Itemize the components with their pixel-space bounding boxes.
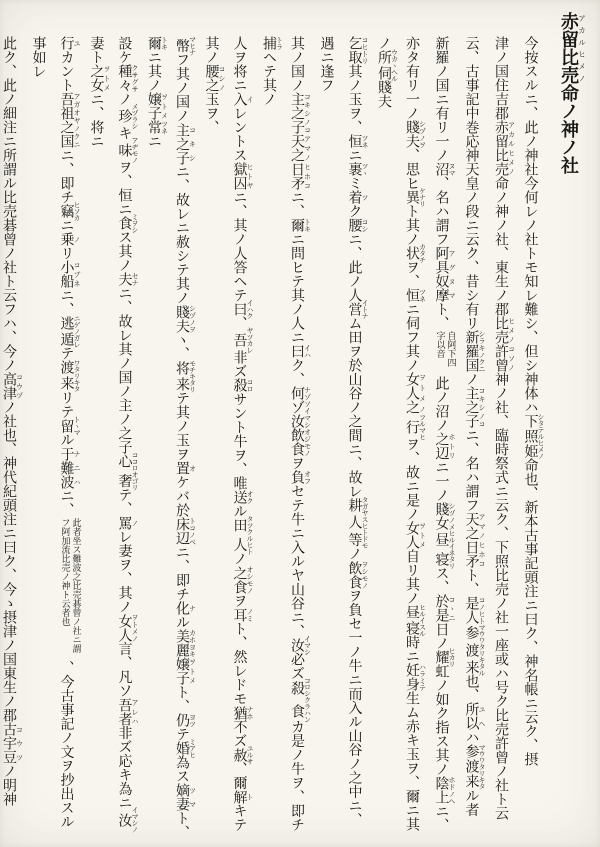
inline-annotation: 自阿下四字以音 <box>435 331 457 375</box>
document-title: 赤留比売アカルヒメノ命ノ神ノ社 <box>554 10 586 839</box>
text-column-6: 乞取コヒトリ其ノ玉ヲ、恒ツネニ裹ツヽミ着ツク腰コシニ、此ノ人営イトナム田ヲ於山谷… <box>312 10 370 839</box>
text-column-7: 其ノ国ノ主之子コキシノコ天之日矛アマノヒホコニ、爾トキニ問ヒテ其ノ人ニ曰イハク、… <box>254 10 312 839</box>
text-column-8: 人ヲ将ニ入イレントス獄囚ヒトヤニ、其ノ人答ヘテ曰イハク、吾ヤツカレ非ズ殺コロサン… <box>197 10 255 839</box>
text-column-5: 亦タ有リ一ノ賤夫シヅノヲ、思ヒ異ケナリト其ノ状カタチヲ、恒ツネニ伺フ其ノ女人之ヲ… <box>369 10 427 839</box>
text-column-4: 新羅ノ国ニ有リ一ノ沼ヌマ、名ハ謂フ阿具奴摩アグヌマト、自阿下四字以音此ノ沼ノ之辺… <box>427 10 457 839</box>
text-column-10: 設ケ種々クサグサノ珍メヅラシキ味アヂモノヲ、恒ニ食ミヲシス其ノ夫セナニ、故レ其ノ… <box>82 10 140 839</box>
text-column-1: 今按スルニ、此ノ神社今何レノ社トモ知レ難シ、但シ神体ハ下照姫シタテルヒメノ命也、… <box>516 10 546 839</box>
text-column-2: 津ノ国住吉郡赤留比売アカルヒメノ命ノ神ノ社、東生ノ郡比売許曾ヒメノコソノ神ノ社、… <box>486 10 516 839</box>
text-column-12: 此ク、此ノ細注ニ所謂ル比売碁曾ノ社ト云フハ、今ノ高津コウヅノ社也、神代紀頭注ニ曰… <box>0 10 24 839</box>
sheet: 赤留比売アカルヒメノ命ノ神ノ社今按スルニ、此ノ神社今何レノ社トモ知レ難シ、但シ神… <box>0 0 600 847</box>
scanned-page: 赤留比売アカルヒメノ命ノ神ノ社今按スルニ、此ノ神社今何レノ社トモ知レ難シ、但シ神… <box>0 0 600 847</box>
text-column-3: 云、古事記中巻応神天皇ノ段ニ云ク、昔シ有リ新羅国シラキノクニノ主之子コキシノコニ… <box>457 10 487 839</box>
inline-annotation: 此者坐ス難波之比売碁曾ノ社ニ謂フ阿加流比売ノ神ト云者也 <box>60 518 82 660</box>
text-column-9: 幣マヒナフ其ノ国ノ主之子コキシニ、故レニ赦シテ其ノ賤夫シヅノヲヽ、将来モチキタリ… <box>139 10 197 839</box>
text-column-11: 行ユカント吾祖之国アガオヤノクニニ、即チ竊ヒソカニ乗ノリ小船コブネニ、逃遁ニゲノ… <box>24 10 82 839</box>
